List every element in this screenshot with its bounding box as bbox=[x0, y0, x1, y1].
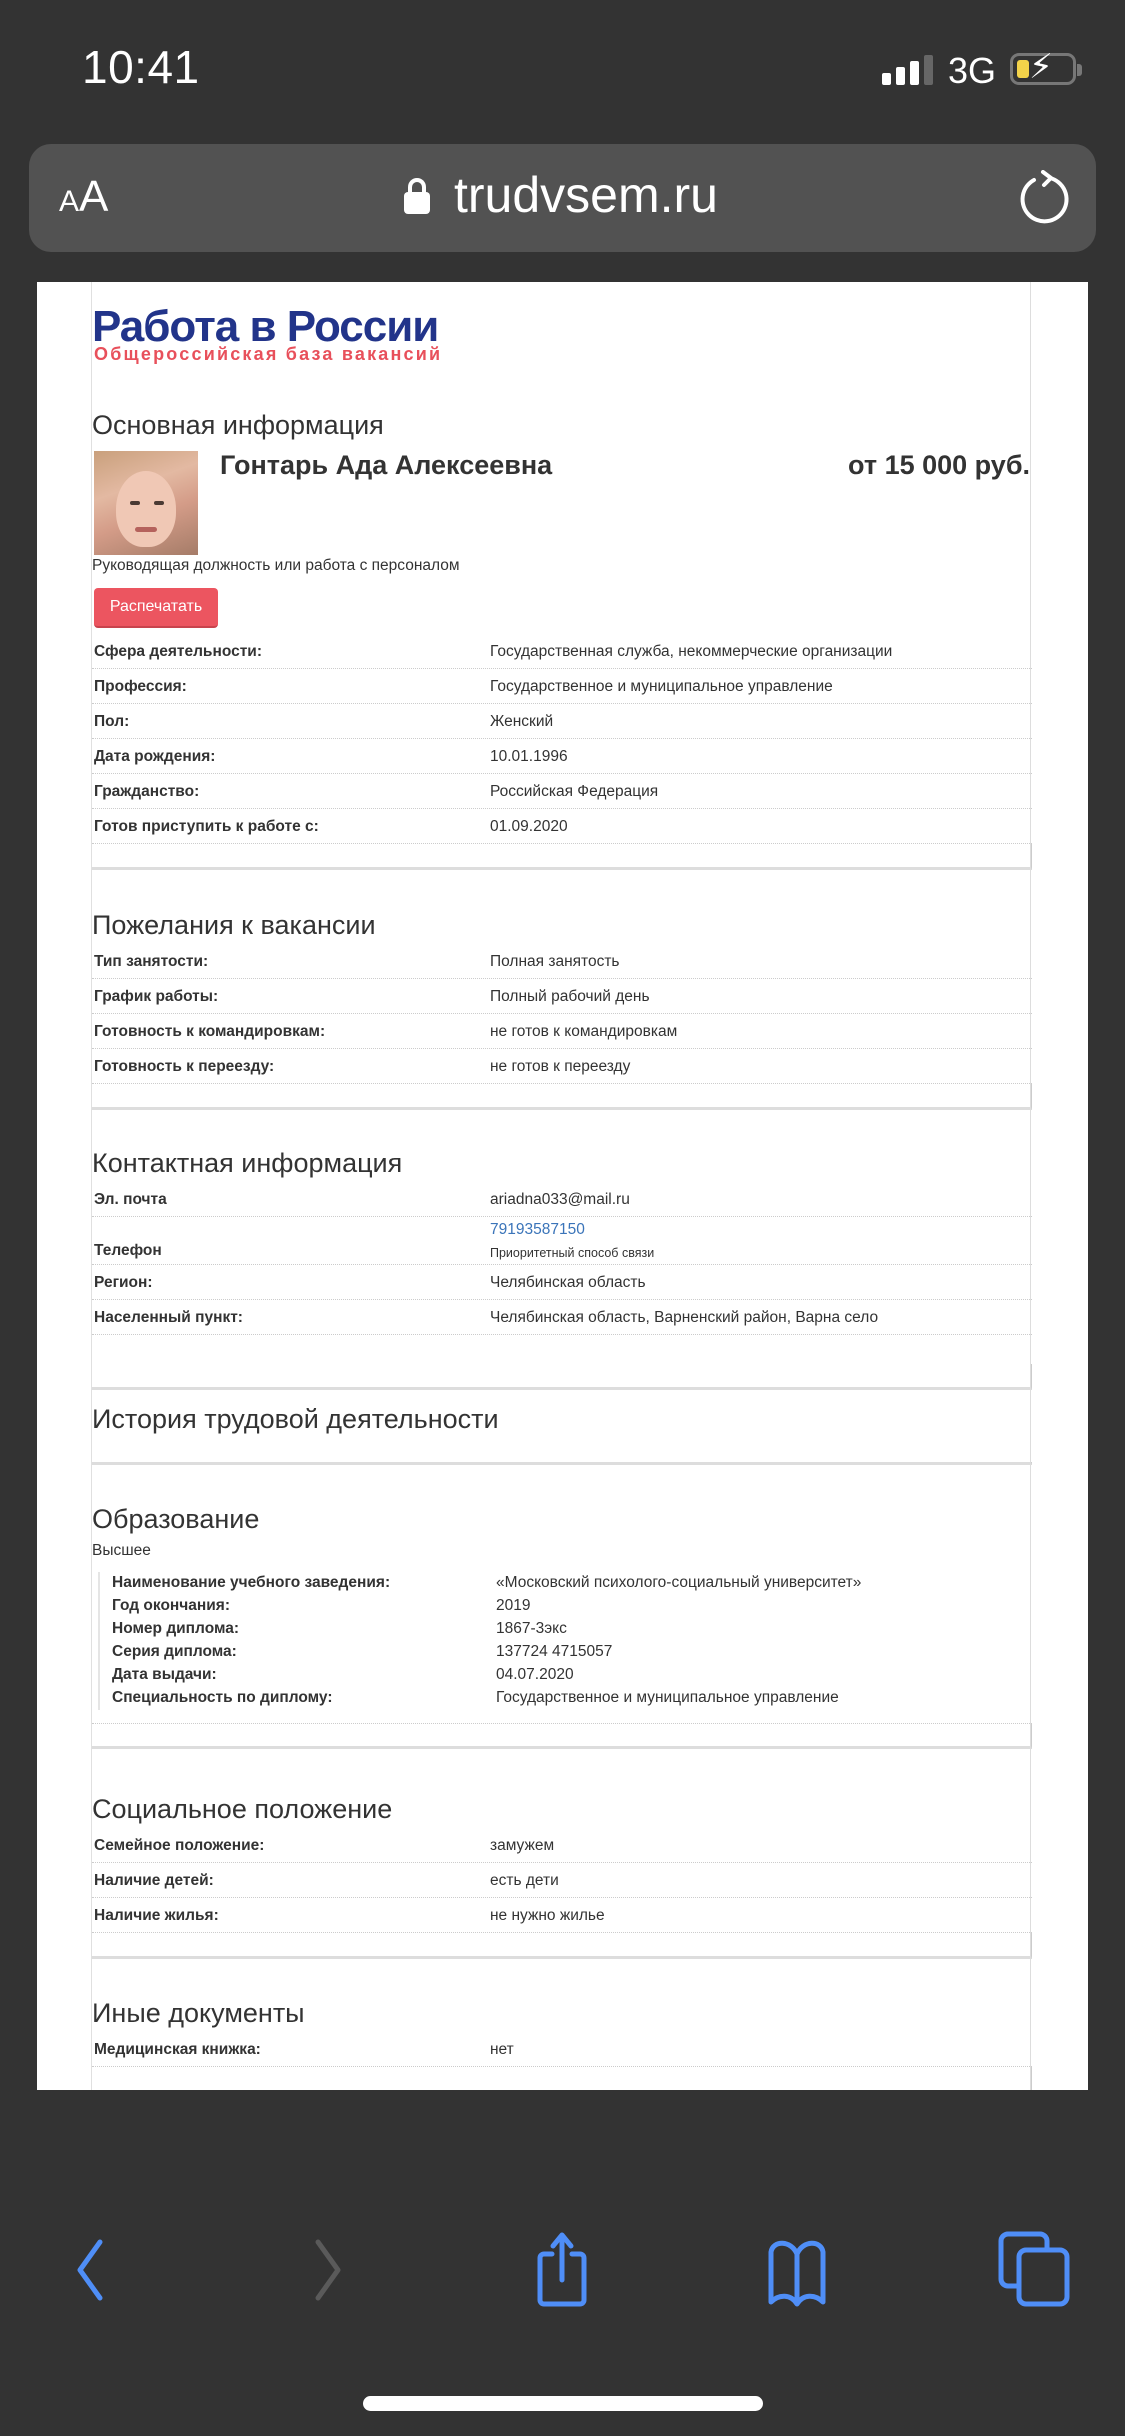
table-row: Номер диплома:1867-3экс bbox=[112, 1618, 1032, 1641]
table-row: Эл. почтаariadna033@mail.ru bbox=[92, 1182, 1032, 1217]
phone-note: Приоритетный способ связи bbox=[490, 1246, 654, 1260]
section-title-social: Социальное положение bbox=[92, 1794, 392, 1825]
table-row: Наличие жилья:не нужно жилье bbox=[92, 1898, 1032, 1933]
table-row: Серия диплома:137724 4715057 bbox=[112, 1641, 1032, 1664]
table-row: Телефон 79193587150Приоритетный способ с… bbox=[92, 1217, 1032, 1265]
table-row: Сфера деятельности:Государственная служб… bbox=[92, 634, 1032, 669]
web-page: Работа в России Общероссийская база вака… bbox=[37, 282, 1088, 2090]
browser-toolbar bbox=[0, 2200, 1125, 2340]
home-indicator[interactable] bbox=[363, 2396, 763, 2411]
section-title-contacts: Контактная информация bbox=[92, 1148, 402, 1179]
social-table: Семейное положение:замужем Наличие детей… bbox=[92, 1828, 1032, 1933]
wishes-table: Тип занятости:Полная занятость График ра… bbox=[92, 944, 1032, 1084]
education-level: Высшее bbox=[92, 1542, 151, 1560]
email-value[interactable]: ariadna033@mail.ru bbox=[490, 1191, 630, 1209]
contacts-table: Эл. почтаariadna033@mail.ru Телефон 7919… bbox=[92, 1182, 1032, 1335]
table-row: Семейное положение:замужем bbox=[92, 1828, 1032, 1863]
diploma-series-link[interactable]: 137724 4715057 bbox=[496, 1643, 612, 1661]
bookmarks-icon[interactable] bbox=[757, 2230, 837, 2310]
table-row: Наличие детей:есть дети bbox=[92, 1863, 1032, 1898]
section-divider bbox=[92, 1723, 1032, 1749]
table-row: Населенный пункт:Челябинская область, Ва… bbox=[92, 1300, 1032, 1335]
text-size-button[interactable]: AA bbox=[59, 172, 108, 222]
back-icon[interactable] bbox=[48, 2230, 128, 2310]
table-row: Наименование учебного заведения:«Московс… bbox=[112, 1572, 1032, 1595]
lock-icon bbox=[404, 178, 430, 214]
section-divider bbox=[92, 1462, 1032, 1465]
share-icon[interactable] bbox=[522, 2230, 602, 2310]
site-logo-subtitle: Общероссийская база вакансий bbox=[94, 344, 442, 365]
table-row: Готов приступить к работе с:01.09.2020 bbox=[92, 809, 1032, 844]
candidate-name: Гонтарь Ада Алексеевна bbox=[220, 450, 552, 481]
signal-icon bbox=[882, 55, 934, 85]
status-bar: 10:41 3G ⚡︎ bbox=[0, 0, 1125, 140]
desired-salary: от 15 000 руб. bbox=[848, 450, 1030, 481]
section-divider bbox=[92, 1084, 1032, 1110]
table-row: Готовность к командировкам:не готов к ко… bbox=[92, 1014, 1032, 1049]
address-bar[interactable]: AA trudvsem.ru bbox=[29, 144, 1096, 252]
table-row: Пол:Женский bbox=[92, 704, 1032, 739]
network-type: 3G bbox=[948, 50, 996, 92]
resume-content: Работа в России Общероссийская база вака… bbox=[91, 282, 1031, 2090]
section-divider bbox=[92, 1364, 1032, 1390]
section-title-wishes: Пожелания к вакансии bbox=[92, 910, 376, 941]
avatar bbox=[94, 451, 198, 555]
table-row: Профессия:Государственное и муниципально… bbox=[92, 669, 1032, 704]
desired-position: Руководящая должность или работа с персо… bbox=[92, 557, 460, 575]
basic-info-table: Сфера деятельности:Государственная служб… bbox=[92, 634, 1032, 844]
tabs-icon[interactable] bbox=[995, 2230, 1075, 2310]
section-divider bbox=[92, 844, 1032, 870]
print-button[interactable]: Распечатать bbox=[94, 588, 218, 628]
other-docs-table: Медицинская книжка:нет bbox=[92, 2032, 1032, 2067]
battery-icon: ⚡︎ bbox=[1010, 53, 1076, 85]
section-title-other-docs: Иные документы bbox=[92, 1998, 305, 2029]
table-row: Тип занятости:Полная занятость bbox=[92, 944, 1032, 979]
phone-link[interactable]: 79193587150 bbox=[490, 1221, 585, 1238]
section-title-education: Образование bbox=[92, 1504, 259, 1535]
table-row: Регион:Челябинская область bbox=[92, 1265, 1032, 1300]
section-title-basic-info: Основная информация bbox=[92, 410, 384, 441]
url-text[interactable]: trudvsem.ru bbox=[454, 166, 718, 224]
table-row: Дата рождения:10.01.1996 bbox=[92, 739, 1032, 774]
table-row: Медицинская книжка:нет bbox=[92, 2032, 1032, 2067]
status-time: 10:41 bbox=[82, 40, 200, 94]
section-divider bbox=[92, 2067, 1032, 2090]
table-row: Год окончания:2019 bbox=[112, 1595, 1032, 1618]
table-row: Дата выдачи:04.07.2020 bbox=[112, 1664, 1032, 1687]
section-divider bbox=[92, 1933, 1032, 1959]
charging-bolt-icon: ⚡︎ bbox=[1029, 50, 1053, 84]
section-title-work-history: История трудовой деятельности bbox=[92, 1404, 499, 1435]
table-row: Готовность к переезду:не готов к переезд… bbox=[92, 1049, 1032, 1084]
table-row: График работы:Полный рабочий день bbox=[92, 979, 1032, 1014]
education-table: Наименование учебного заведения:«Московс… bbox=[98, 1572, 1032, 1710]
table-row: Гражданство:Российская Федерация bbox=[92, 774, 1032, 809]
forward-icon[interactable] bbox=[290, 2230, 370, 2310]
reload-icon[interactable] bbox=[1016, 170, 1072, 226]
table-row: Специальность по диплому:Государственное… bbox=[112, 1687, 1032, 1710]
